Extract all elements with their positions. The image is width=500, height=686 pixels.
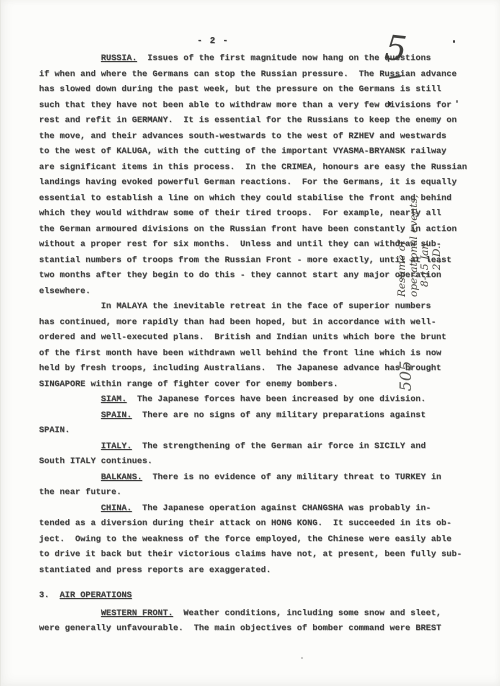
underlined-heading: SPAIN. <box>101 410 132 420</box>
typewritten-line: if when and where the Germans can stop t… <box>39 67 479 83</box>
typewritten-text: RUSSIA. Issues of the first magnitude no… <box>39 51 479 637</box>
typewritten-line: ITALY. The strengthening of the German a… <box>39 439 479 455</box>
ink-speck <box>456 100 458 103</box>
typewritten-line: BALKANS. There is no evidence of any mil… <box>39 470 479 486</box>
typewritten-line: to drive it back but their victorious cl… <box>39 547 479 563</box>
typewritten-line: tended as a diversion during their attac… <box>39 516 479 532</box>
typewritten-line: In MALAYA the inevitable retreat in the … <box>39 299 479 315</box>
typewritten-line: stantiated and press reports are exagger… <box>39 563 479 579</box>
typewritten-line: SPAIN. <box>39 423 479 439</box>
typewritten-line: WESTERN FRONT. Weather conditions, inclu… <box>39 606 479 622</box>
typewritten-line: South ITALY continues. <box>39 454 479 470</box>
rotated-margin-note: Resume ofoperational events, 8-15 Jan. 2… <box>397 147 445 297</box>
margin-note-line: Resume of <box>397 147 409 297</box>
typewritten-line: CHINA. The Japanese operation against CH… <box>39 501 479 517</box>
underlined-heading: RUSSIA. <box>101 53 137 63</box>
typewritten-line: SPAIN. There are no signs of any militar… <box>39 408 479 424</box>
margin-note-line: 8-15 Jan. <box>420 147 432 297</box>
underlined-heading: ITALY. <box>101 441 132 451</box>
ink-speck <box>388 102 391 106</box>
typewritten-line: ordered and well-executed plans. British… <box>39 330 479 346</box>
typewritten-line: 3. AIR OPERATIONS <box>39 588 479 604</box>
typewritten-line: the move, and their advances south-westw… <box>39 129 479 145</box>
ink-speck <box>301 657 303 659</box>
typewritten-line: were generally unfavourable. The main ob… <box>39 621 479 637</box>
page-number: - 2 - <box>197 36 229 46</box>
underlined-heading: WESTERN FRONT. <box>101 608 173 618</box>
typewritten-line: ject. Owing to the weakness of the force… <box>39 532 479 548</box>
underlined-heading: BALKANS. <box>101 472 142 482</box>
underlined-heading: AIR OPERATIONS <box>60 590 132 600</box>
document-page: - 2 - RUSSIA. Issues of the first magnit… <box>0 0 500 686</box>
margin-note-line: 2. D. <box>432 147 444 297</box>
handwritten-pencil-number: 5 <box>383 31 408 67</box>
rotated-margin-number: 505 <box>396 351 416 401</box>
typewritten-line: such that they have not been able to wit… <box>39 98 479 114</box>
typewritten-line: has slowed down during the past week, bu… <box>39 82 479 98</box>
underlined-heading: SIAM. <box>101 394 127 404</box>
underlined-heading: CHINA. <box>101 503 132 513</box>
typewritten-line: RUSSIA. Issues of the first magnitude no… <box>39 51 479 67</box>
ink-speck <box>453 40 455 43</box>
typewritten-line: the near future. <box>39 485 479 501</box>
typewritten-line: rest and refit in GERMANY. It is essenti… <box>39 113 479 129</box>
typewritten-line: has continued, more rapidly than had bee… <box>39 315 479 331</box>
